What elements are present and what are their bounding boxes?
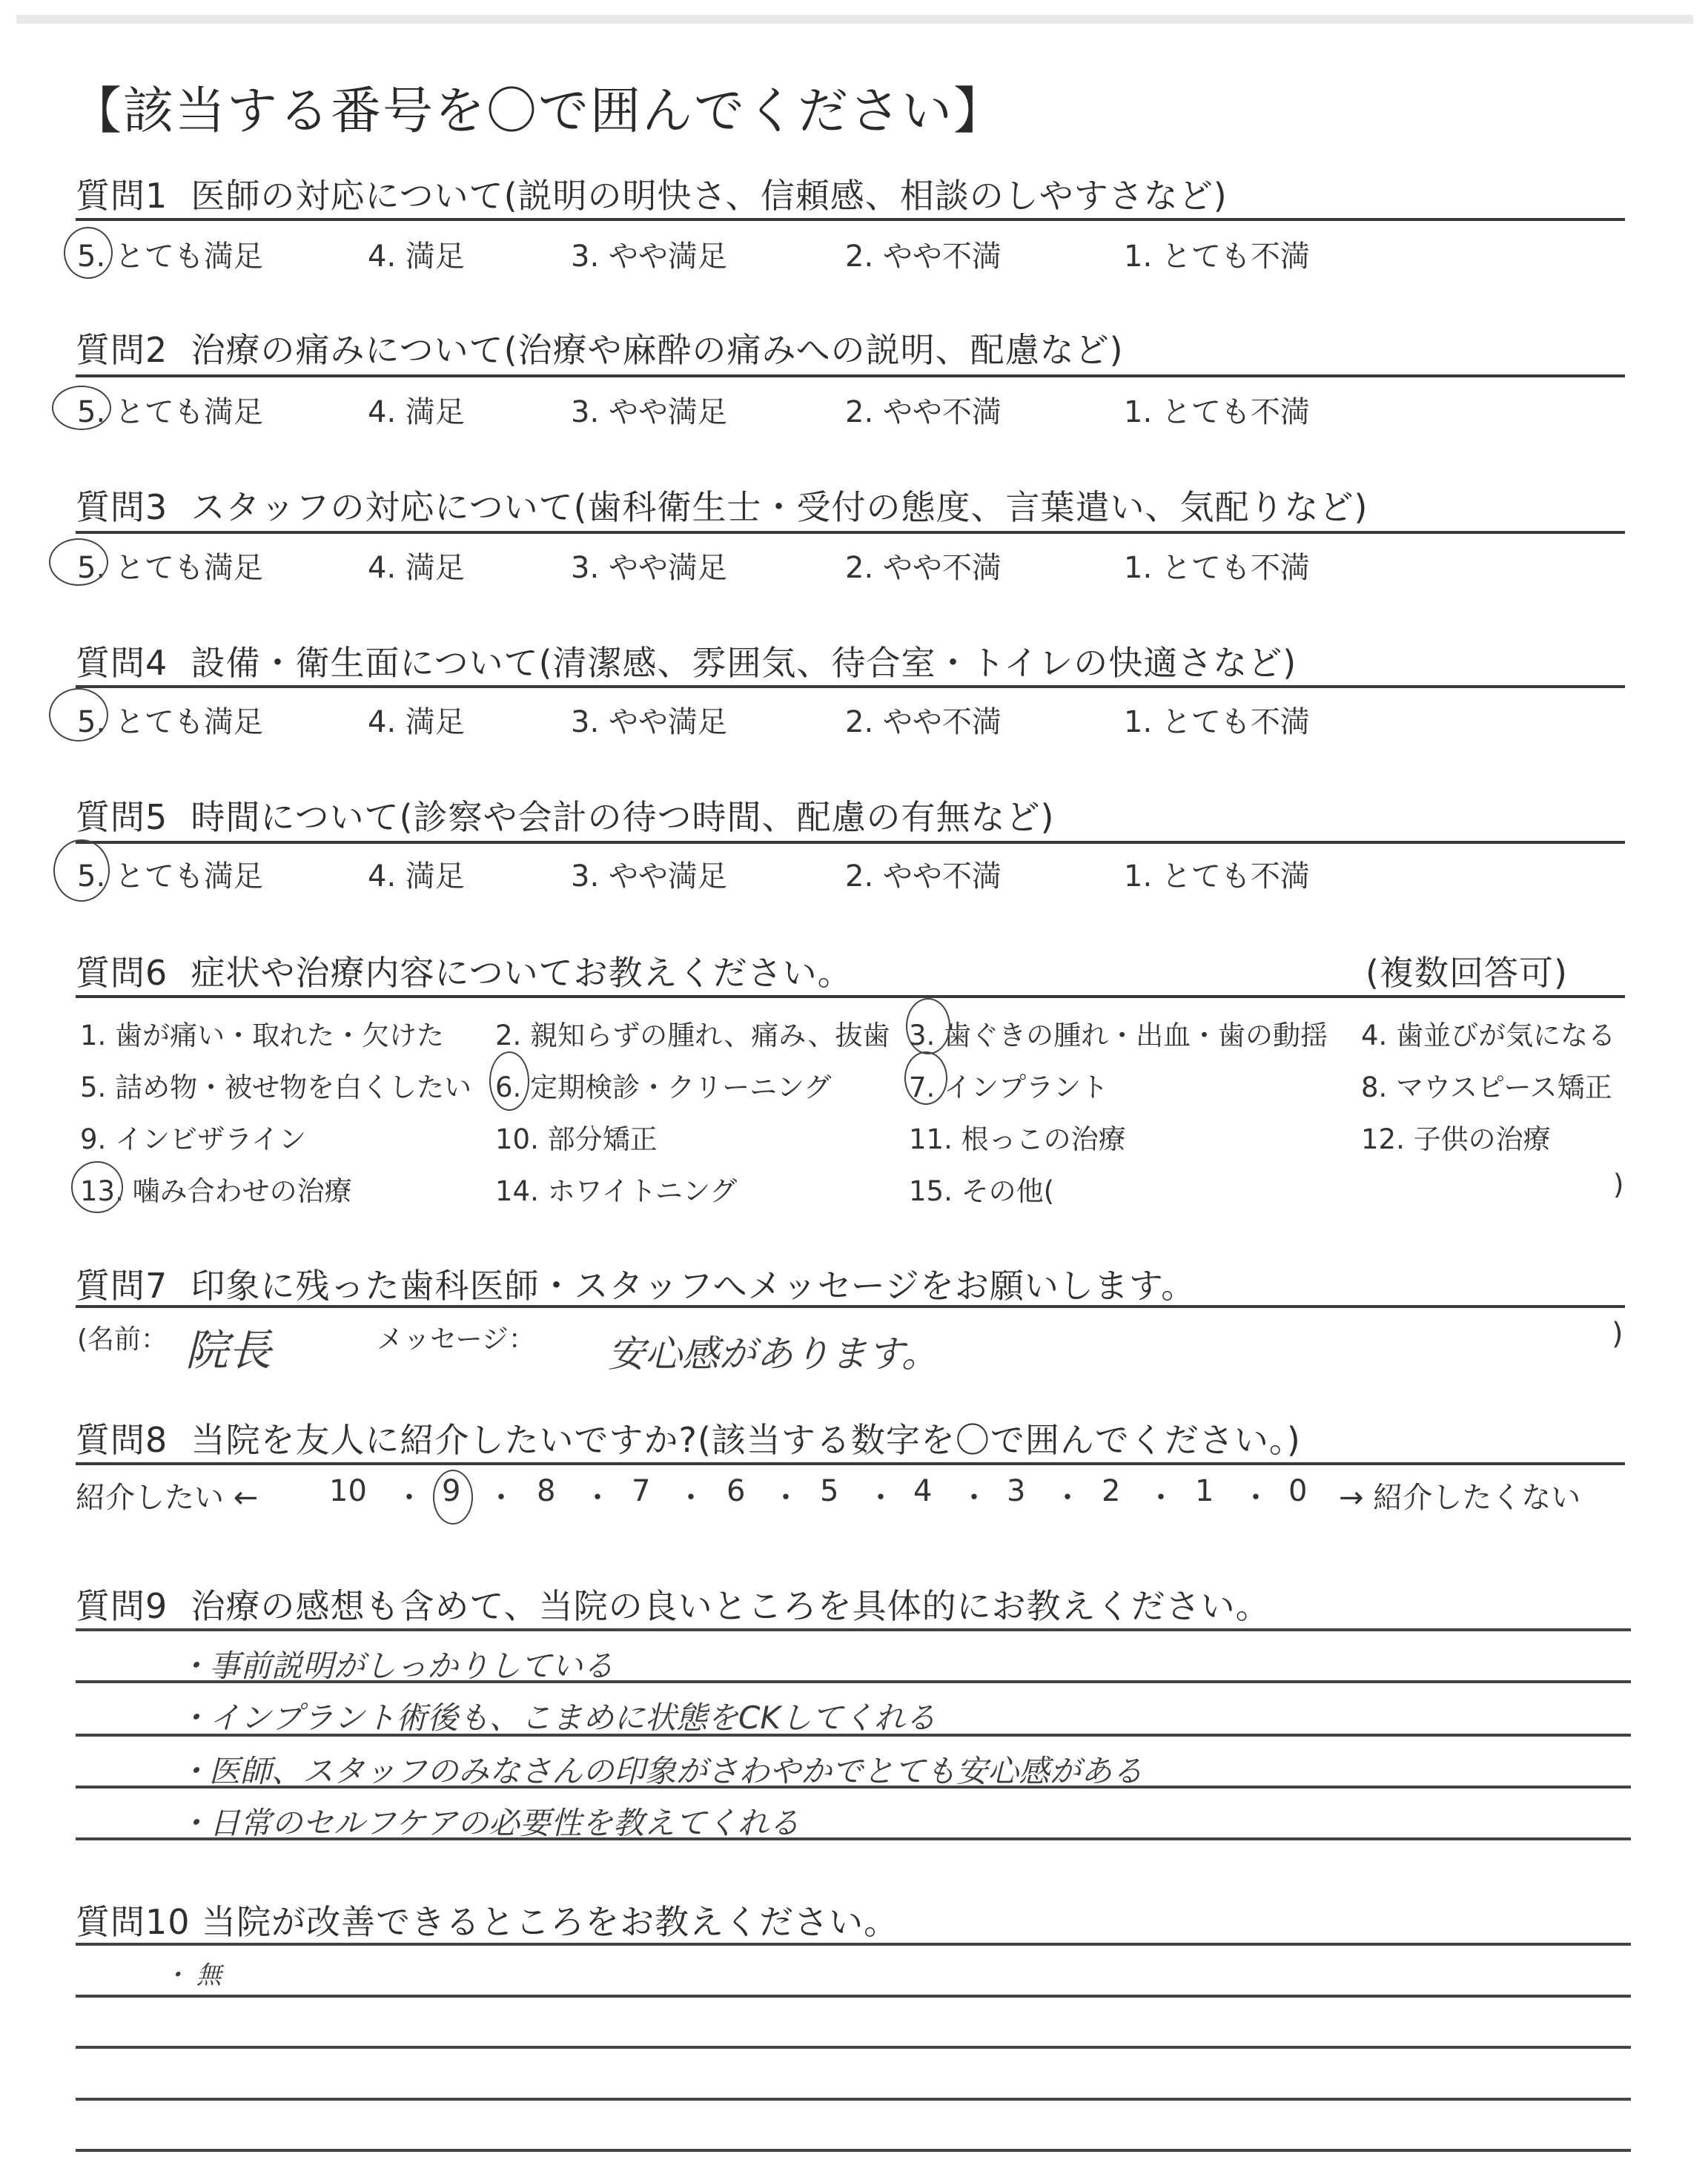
q3-rule [76, 531, 1625, 534]
q5-option-2[interactable]: 2. やや不満 [845, 853, 1002, 895]
q2-text: 治療の痛みについて(治療や麻酔の痛みへの説明、配慮など) [191, 330, 1124, 370]
q1-heading: 質問1 医師の対応について(説明の明快さ、信頼感、相談のしやすさなど) [76, 169, 1228, 218]
q5-heading: 質問5 時間について(診察や会計の待つ時間、配慮の有無など) [76, 790, 1055, 839]
q6-text: 症状や治療内容についてお教えください。 [191, 953, 853, 993]
q5-rule [76, 841, 1625, 844]
q9-heading: 質問9 治療の感想も含めて、当院の良いところを具体的にお教えください。 [76, 1579, 1271, 1628]
q10-answer-1[interactable]: ・ 無 [163, 1955, 222, 1991]
q1-label: 質問1 [76, 176, 168, 216]
q1-option-2[interactable]: 2. やや不満 [845, 233, 1002, 275]
q5-text: 時間について(診察や会計の待つ時間、配慮の有無など) [191, 797, 1055, 837]
q8-sep: ・ [866, 1474, 896, 1516]
q6-other-close-paren: ) [1613, 1169, 1623, 1200]
q7-name-value[interactable]: 院長 [185, 1315, 271, 1378]
q6-item-6[interactable]: 6. 定期検診・クリーニング [495, 1065, 831, 1105]
q1-option-1[interactable]: 1. とても不満 [1124, 233, 1310, 275]
q9-label: 質問9 [76, 1586, 168, 1626]
q2-option-2[interactable]: 2. やや不満 [845, 389, 1002, 431]
q8-sep: ・ [1053, 1474, 1082, 1516]
q9-answer-line [76, 1837, 1631, 1840]
q8-sep: ・ [771, 1474, 801, 1516]
q6-item-9[interactable]: 9. インビザライン [80, 1117, 306, 1157]
q3-option-1[interactable]: 1. とても不満 [1124, 544, 1310, 587]
q8-value-5[interactable]: 5 [820, 1474, 838, 1508]
q2-option-3[interactable]: 3. やや満足 [571, 389, 727, 431]
q10-answer-line [76, 2149, 1631, 2152]
q8-heading: 質問8 当院を友人に紹介したいですか?(該当する数字を〇で囲んでください。) [76, 1413, 1301, 1462]
q3-text: スタッフの対応について(歯科衛生士・受付の態度、言葉遣い、気配りなど) [191, 487, 1368, 527]
q7-name-label: (名前： [77, 1318, 168, 1356]
q7-label: 質問7 [76, 1266, 168, 1306]
q8-value-6[interactable]: 6 [726, 1474, 745, 1508]
q3-selection-circle [49, 538, 108, 586]
q6-multiple-note: (複数回答可) [1366, 946, 1568, 995]
q10-text: 当院が改善できるところをお教えください。 [202, 1902, 898, 1942]
q8-sep: ・ [583, 1474, 612, 1516]
q8-right-label: → 紹介したくない [1339, 1474, 1580, 1516]
q9-answer-1[interactable]: ・事前説明がしっかりしている [178, 1642, 614, 1686]
q3-option-4[interactable]: 4. 満足 [368, 544, 465, 587]
q6-item-1[interactable]: 1. 歯が痛い・取れた・欠けた [80, 1013, 444, 1053]
q1-option-3[interactable]: 3. やや満足 [571, 233, 727, 275]
q10-label: 質問10 [76, 1902, 191, 1942]
q9-answer-line [76, 1680, 1631, 1683]
q6-selection-circle-6 [489, 1051, 529, 1111]
q10-answer-line [76, 1995, 1631, 1998]
q9-text: 治療の感想も含めて、当院の良いところを具体的にお教えください。 [191, 1586, 1271, 1626]
q8-sep: ・ [1241, 1474, 1271, 1516]
q8-value-10[interactable]: 10 [329, 1474, 367, 1508]
q2-selection-circle [52, 386, 111, 430]
q6-item-11[interactable]: 11. 根っこの治療 [909, 1117, 1126, 1157]
q2-label: 質問2 [76, 330, 168, 370]
q4-option-4[interactable]: 4. 満足 [368, 698, 465, 741]
q4-option-1[interactable]: 1. とても不満 [1124, 698, 1310, 741]
q10-answer-line [76, 2046, 1631, 2049]
q9-rule [76, 1628, 1631, 1631]
q6-rule [76, 995, 1625, 998]
q8-sep: ・ [676, 1474, 706, 1516]
q8-sep: ・ [1146, 1474, 1176, 1516]
q5-label: 質問5 [76, 797, 168, 837]
scan-top-edge [16, 15, 1693, 24]
q6-item-12[interactable]: 12. 子供の治療 [1361, 1117, 1551, 1157]
q9-answer-3[interactable]: ・医師、スタッフのみなさんの印象がさわやかでとても安心感がある [178, 1747, 1143, 1791]
q4-option-3[interactable]: 3. やや満足 [571, 698, 727, 741]
q6-item-10[interactable]: 10. 部分矯正 [495, 1117, 658, 1157]
q6-item-4[interactable]: 4. 歯並びが気になる [1361, 1013, 1615, 1053]
q7-message-label: メッセージ： [377, 1318, 535, 1356]
q8-sep: ・ [959, 1474, 989, 1516]
q4-rule [76, 685, 1625, 688]
q8-value-2[interactable]: 2 [1102, 1474, 1120, 1508]
q8-selection-circle [433, 1470, 473, 1525]
q8-label: 質問8 [76, 1420, 168, 1460]
q2-option-1[interactable]: 1. とても不満 [1124, 389, 1310, 431]
q6-selection-circle-7 [904, 1051, 947, 1105]
q1-rule [76, 218, 1625, 221]
q7-heading: 質問7 印象に残った歯科医師・スタッフへメッセージをお願いします。 [76, 1259, 1196, 1308]
q1-selection-circle [64, 227, 113, 279]
q7-text: 印象に残った歯科医師・スタッフへメッセージをお願いします。 [191, 1266, 1196, 1306]
q6-selection-circle-13 [71, 1161, 123, 1213]
q6-label: 質問6 [76, 953, 168, 993]
q8-value-4[interactable]: 4 [913, 1474, 932, 1508]
q8-sep: ・ [486, 1474, 516, 1516]
q10-heading: 質問10 当院が改善できるところをお教えください。 [76, 1895, 898, 1944]
q4-selection-circle [49, 688, 108, 742]
q8-sep: ・ [394, 1474, 424, 1516]
q2-heading: 質問2 治療の痛みについて(治療や麻酔の痛みへの説明、配慮など) [76, 323, 1124, 372]
q8-text: 当院を友人に紹介したいですか?(該当する数字を〇で囲んでください。) [191, 1420, 1301, 1460]
q6-item-15[interactable]: 15. その他( [909, 1169, 1054, 1209]
q8-left-label: 紹介したい ← [76, 1474, 258, 1516]
q2-option-4[interactable]: 4. 満足 [368, 389, 465, 431]
q10-rule [76, 1943, 1631, 1946]
q1-option-4[interactable]: 4. 満足 [368, 233, 465, 275]
q1-text: 医師の対応について(説明の明快さ、信頼感、相談のしやすさなど) [191, 176, 1228, 216]
q6-item-5[interactable]: 5. 詰め物・被せ物を白くしたい [80, 1065, 471, 1105]
q8-value-3[interactable]: 3 [1007, 1474, 1025, 1508]
q8-value-8[interactable]: 8 [537, 1474, 555, 1508]
page-title: 【該当する番号を〇で囲んでください】 [71, 71, 1005, 143]
q6-item-8[interactable]: 8. マウスピース矯正 [1361, 1065, 1612, 1105]
q5-selection-circle [53, 839, 110, 902]
q6-selection-circle-3 [906, 998, 950, 1054]
q9-answer-4[interactable]: ・日常のセルフケアの必要性を教えてくれる [178, 1799, 800, 1843]
q4-heading: 質問4 設備・衛生面について(清潔感、雰囲気、待合室・トイレの快適さなど) [76, 636, 1297, 685]
q3-option-2[interactable]: 2. やや不満 [845, 544, 1002, 587]
q9-answer-line [76, 1786, 1631, 1789]
q4-label: 質問4 [76, 643, 168, 683]
q7-close-paren: ) [1612, 1317, 1623, 1351]
q3-option-3[interactable]: 3. やや満足 [571, 544, 727, 587]
q5-option-1[interactable]: 1. とても不満 [1124, 853, 1310, 895]
q6-item-3[interactable]: 3. 歯ぐきの腫れ・出血・歯の動揺 [909, 1013, 1328, 1053]
q4-text: 設備・衛生面について(清潔感、雰囲気、待合室・トイレの快適さなど) [191, 643, 1297, 683]
q8-value-0[interactable]: 0 [1288, 1474, 1307, 1508]
q2-rule [76, 374, 1625, 377]
q5-option-3[interactable]: 3. やや満足 [571, 853, 727, 895]
q7-rule [76, 1305, 1625, 1308]
q3-label: 質問3 [76, 487, 168, 527]
q6-heading: 質問6 症状や治療内容についてお教えください。 [76, 946, 853, 995]
q9-answer-2[interactable]: ・インプラント術後も、こまめに状態をCKしてくれる [178, 1694, 936, 1738]
q6-item-2[interactable]: 2. 親知らずの腫れ、痛み、抜歯 [495, 1013, 890, 1053]
q4-option-2[interactable]: 2. やや不満 [845, 698, 1002, 741]
q8-value-7[interactable]: 7 [632, 1474, 650, 1508]
q10-answer-line [76, 2098, 1631, 2101]
q5-option-4[interactable]: 4. 満足 [368, 853, 465, 895]
q3-heading: 質問3 スタッフの対応について(歯科衛生士・受付の態度、言葉遣い、気配りなど) [76, 480, 1368, 529]
q6-item-14[interactable]: 14. ホワイトニング [495, 1169, 737, 1209]
q8-value-1[interactable]: 1 [1195, 1474, 1214, 1508]
q7-message-value[interactable]: 安心感があります。 [608, 1324, 939, 1378]
q8-rule [76, 1462, 1625, 1465]
q9-answer-line [76, 1734, 1631, 1737]
